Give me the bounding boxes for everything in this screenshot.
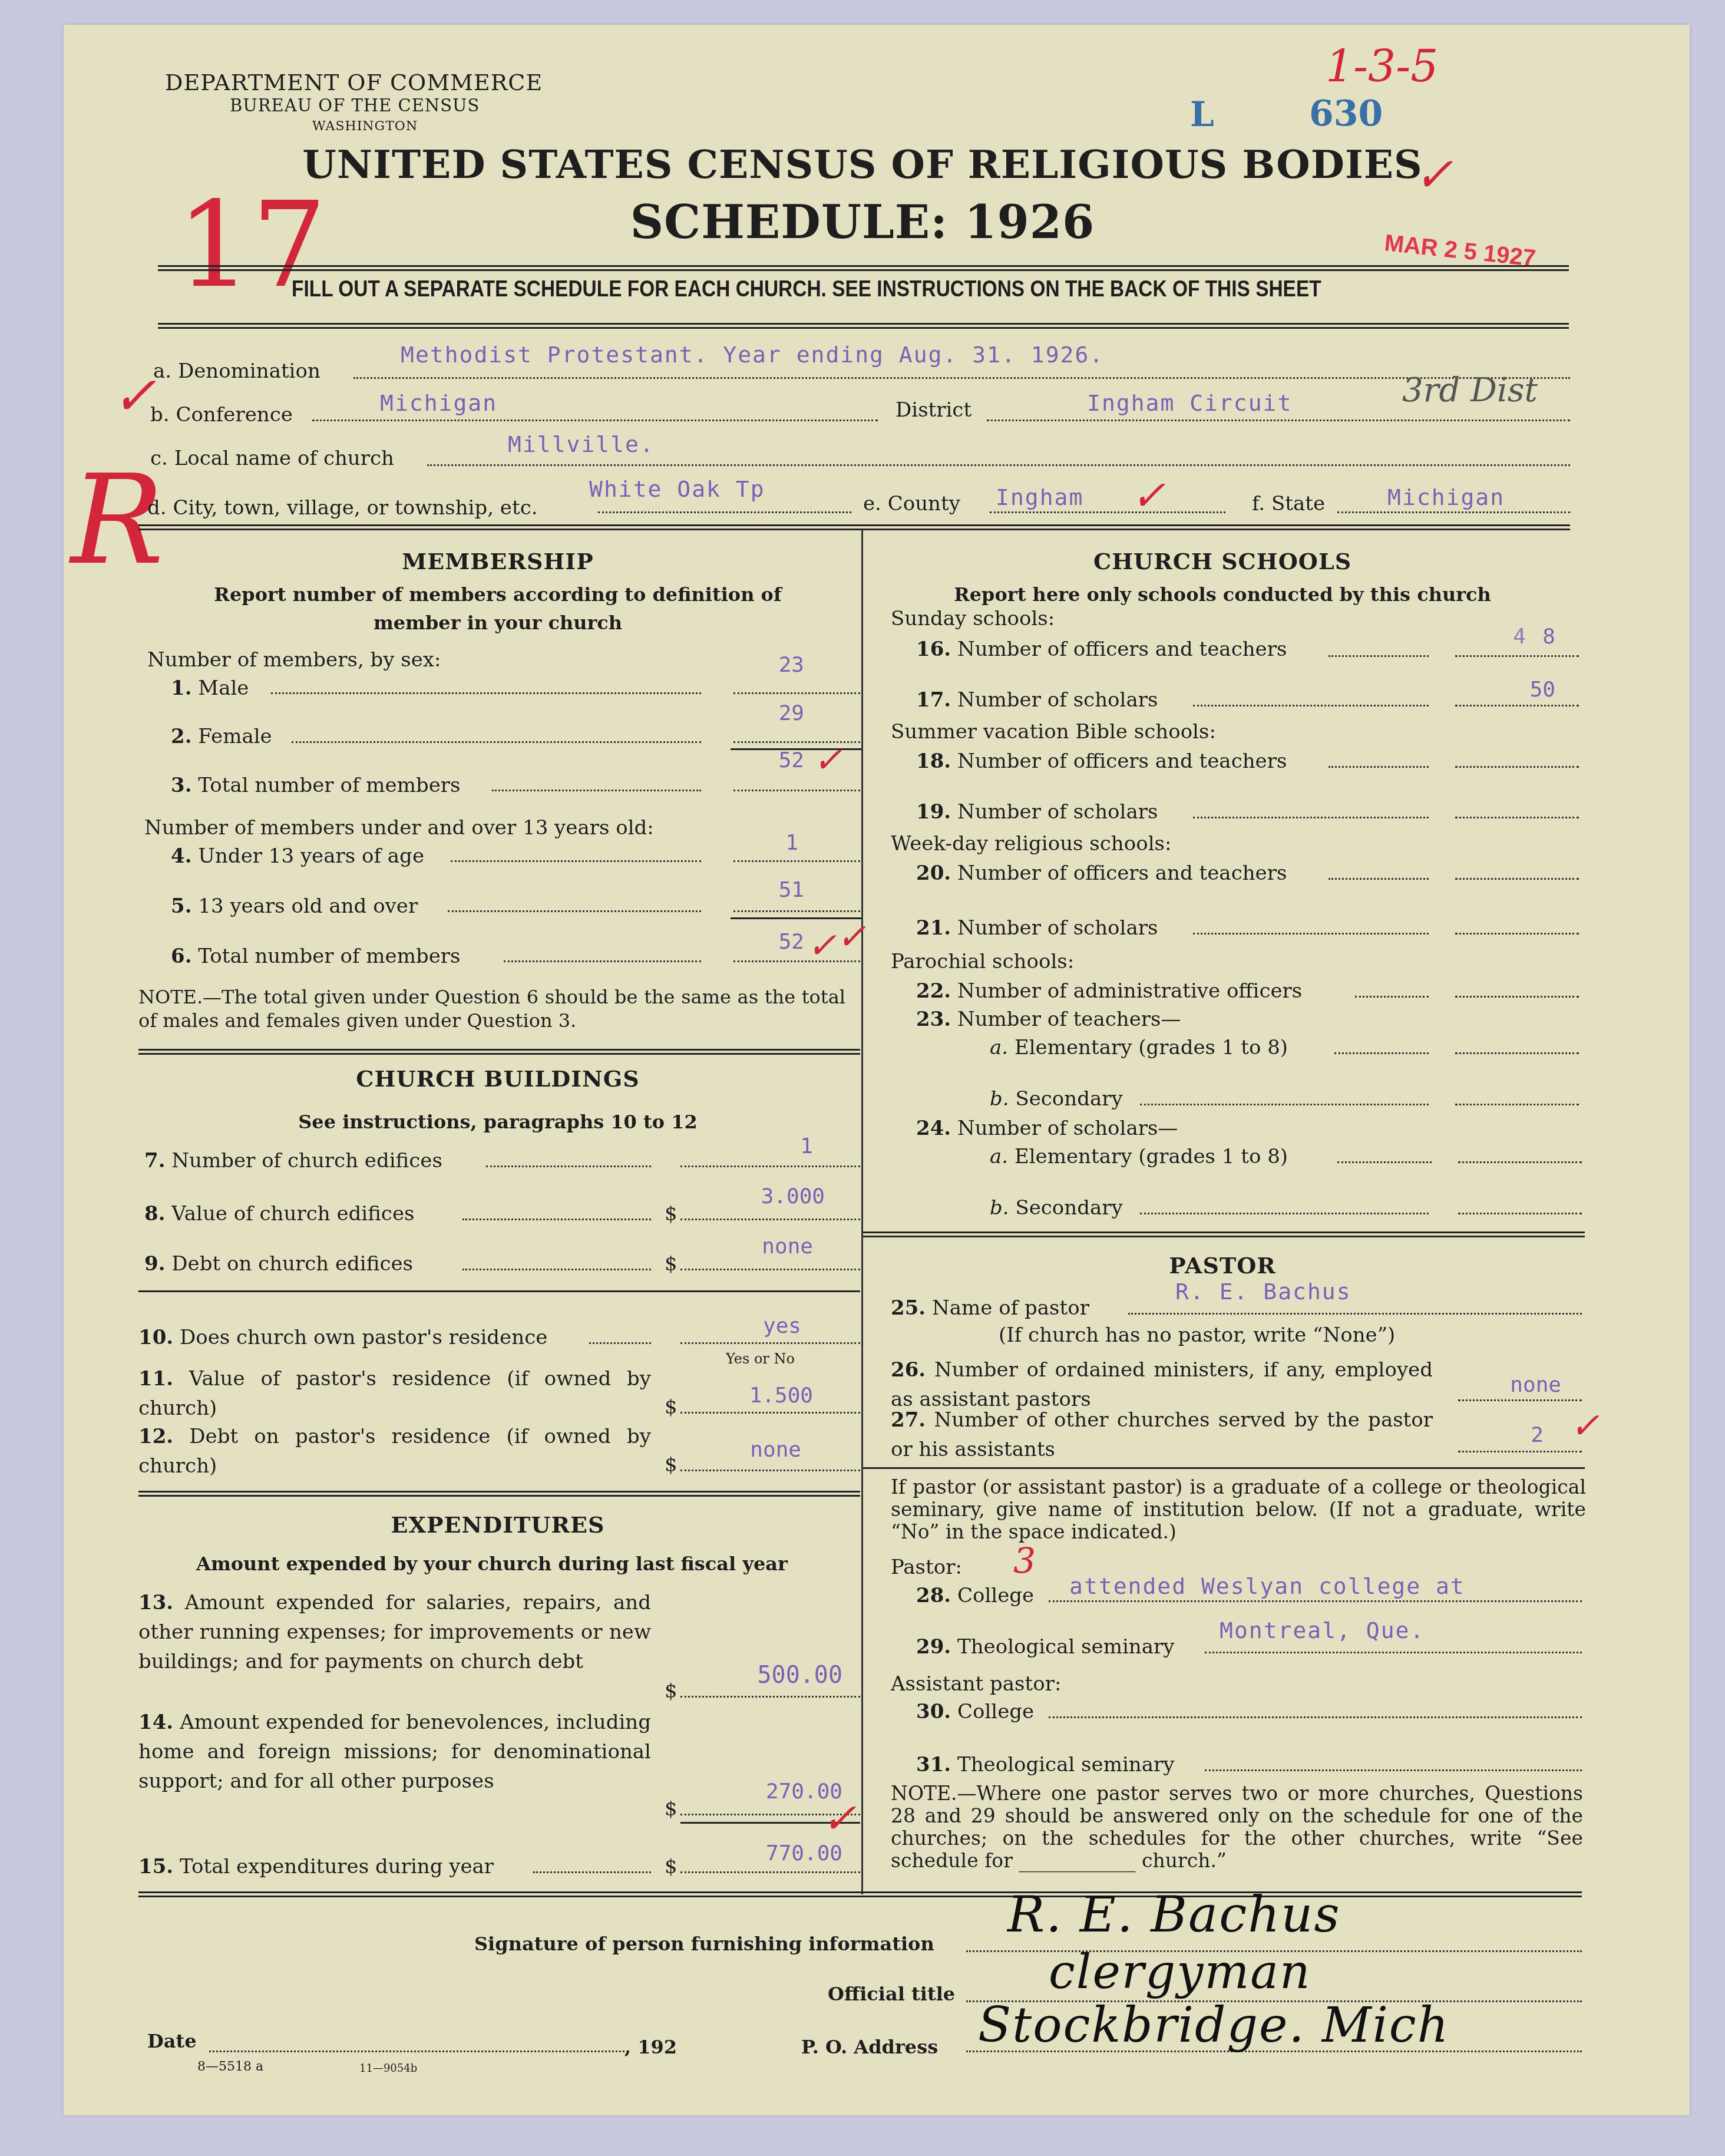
q5-number: 5. [171, 894, 192, 918]
graduate-instructions: If pastor (or assistant pastor) is a gra… [891, 1476, 1586, 1543]
q24a-line [1337, 1161, 1432, 1163]
q15-line [533, 1871, 651, 1873]
q1-label: Male [198, 676, 249, 700]
q23-label: Number of teachers— [957, 1008, 1181, 1031]
q23b-line [1140, 1104, 1429, 1105]
check-mark-icon: ✓ [1570, 1405, 1600, 1447]
q18-number: 18. [916, 750, 951, 773]
schools-rule [863, 1231, 1585, 1237]
local-name-value[interactable]: Millville. [508, 431, 655, 457]
membership-note: NOTE.—The total given under Question 6 s… [138, 985, 845, 1032]
q9-line [462, 1269, 651, 1270]
q22-number: 22. [916, 979, 951, 1003]
church-edifices-value[interactable]: 3.000 [725, 1184, 825, 1209]
q7-label: Number of church edifices [171, 1149, 442, 1173]
q16-label: Number of officers and teachers [957, 638, 1287, 661]
q27-answer-line [1458, 1451, 1582, 1452]
q17-number: 17. [916, 688, 951, 712]
q31-label: Theological seminary [957, 1753, 1174, 1777]
q9-label: Debt on church edifices [171, 1252, 413, 1276]
q24a-letter: a. [990, 1145, 1008, 1168]
local-name-line [427, 464, 1570, 466]
running-expenses-value[interactable]: 500.00 [713, 1662, 842, 1689]
denomination-label: a. Denomination [153, 359, 320, 383]
file-prefix-stamp: L [1190, 94, 1214, 134]
header-rule-top [158, 265, 1569, 271]
dollar-sign: $ [665, 1395, 678, 1419]
check-mark-icon: ✓ [837, 916, 866, 958]
q22-label: Number of administrative officers [957, 979, 1302, 1003]
q29-line [1205, 1652, 1582, 1653]
q6-line [504, 960, 701, 962]
district-value[interactable]: Ingham Circuit [1087, 390, 1292, 416]
q9-number: 9. [144, 1252, 166, 1276]
conference-value[interactable]: Michigan [380, 390, 497, 416]
q3-answer-line [733, 790, 860, 791]
church-schools-subheading: Report here only schools conducted by th… [869, 580, 1576, 609]
check-mark-icon: ✓ [1131, 471, 1166, 520]
q23a-line [1334, 1052, 1429, 1054]
official-title-value[interactable]: clergyman [1049, 1944, 1311, 1999]
q10-answer-line [680, 1342, 860, 1344]
male-members-value[interactable]: 23 [733, 653, 804, 677]
q12-number: 12. [138, 1425, 173, 1448]
q21-label: Number of scholars [957, 916, 1158, 940]
female-members-value[interactable]: 29 [733, 701, 804, 725]
identification-rule [138, 524, 1570, 530]
check-mark-icon: ✓ [1414, 147, 1453, 202]
q26-number: 26. [891, 1358, 926, 1382]
dollar-sign: $ [665, 1252, 678, 1276]
other-churches-value[interactable]: 2 [1508, 1423, 1544, 1447]
q24-label: Number of scholars— [957, 1117, 1178, 1140]
q1-line [271, 692, 701, 694]
q19-number: 19. [916, 800, 951, 824]
county-label: e. County [863, 492, 960, 516]
q28-line [1049, 1600, 1582, 1602]
q3-line [492, 790, 701, 791]
q23b-letter: b. [990, 1087, 1009, 1111]
pastor-label: Pastor: [891, 1556, 962, 1579]
q17-label: Number of scholars [957, 688, 1158, 712]
buildings-rule [138, 1290, 860, 1292]
q5-line [448, 910, 701, 912]
q20-line [1329, 878, 1429, 880]
q29-number: 29. [916, 1635, 951, 1659]
q3-number: 3. [171, 774, 192, 797]
dollar-sign: $ [665, 1797, 678, 1821]
district-label: District [895, 398, 971, 422]
state-label: f. State [1252, 492, 1325, 516]
membership-heading: MEMBERSHIP [136, 548, 860, 575]
q15-label: Total expenditures during year [180, 1855, 494, 1878]
13-and-over-value[interactable]: 51 [733, 878, 804, 902]
conference-line [312, 420, 878, 421]
state-value[interactable]: Michigan [1387, 484, 1505, 510]
po-address-label: P. O. Address [801, 2036, 938, 2058]
city-label: d. City, town, village, or township, etc… [147, 496, 538, 520]
q20-number: 20. [916, 861, 951, 885]
q17-answer-line [1455, 705, 1579, 706]
yes-or-no-hint: Yes or No [726, 1351, 795, 1367]
date-field[interactable] [209, 2051, 624, 2052]
conference-label: b. Conference [150, 403, 293, 427]
q4-answer-line [733, 860, 860, 862]
q1-answer-line [733, 692, 860, 694]
dollar-sign: $ [665, 1679, 678, 1703]
department-heading: DEPARTMENT OF COMMERCE [165, 70, 543, 95]
q31-number: 31. [916, 1753, 951, 1777]
q23b-label: Secondary [1015, 1087, 1122, 1111]
scholars-elementary-field[interactable] [1458, 1161, 1582, 1163]
q5-label: 13 years old and over [198, 894, 418, 918]
q8-answer-line [680, 1219, 860, 1220]
assistant-ministers-value[interactable]: none [1473, 1373, 1561, 1397]
membership-subheading: Report number of members according to de… [194, 580, 801, 637]
q13-answer-line [680, 1696, 860, 1698]
q26-label: Number of ordained ministers, if any, em… [891, 1358, 1433, 1411]
q27-number: 27. [891, 1408, 926, 1432]
teachers-secondary-field[interactable] [1455, 1104, 1579, 1105]
dollar-sign: $ [665, 1202, 678, 1226]
members-by-age-label: Number of members under and over 13 year… [144, 816, 654, 840]
q26-answer-line [1458, 1399, 1582, 1401]
form-code-2: 11—9054b [359, 2062, 417, 2075]
pastor-college-value[interactable]: attended Weslyan college at [1069, 1573, 1465, 1599]
church-debt-value[interactable]: none [725, 1234, 813, 1259]
q4-line [451, 860, 701, 862]
state-line [1337, 511, 1570, 513]
q1-number: 1. [171, 676, 192, 700]
q23a-label: Elementary (grades 1 to 8) [1014, 1036, 1288, 1059]
residence-debt-value[interactable]: none [713, 1438, 801, 1462]
q6-number: 6. [171, 945, 192, 968]
q14-number: 14. [138, 1711, 173, 1734]
overstruck-digit: 4 [1508, 625, 1526, 649]
q19-line [1193, 817, 1429, 818]
dollar-sign: $ [665, 1855, 678, 1878]
q17-line [1193, 705, 1429, 706]
q3-label: Total number of members [198, 774, 460, 797]
column-divider [861, 530, 863, 1894]
check-mark-icon: ✓ [807, 925, 837, 966]
q15-answer-line [680, 1871, 860, 1873]
q24b-line [1140, 1213, 1429, 1214]
q7-number: 7. [144, 1149, 166, 1173]
q24a-label: Elementary (grades 1 to 8) [1014, 1145, 1288, 1168]
members-by-sex-label: Number of members, by sex: [147, 648, 441, 672]
q10-label: Does church own pastor's residence [180, 1326, 547, 1349]
check-mark-icon: ✓ [822, 1794, 857, 1843]
red-mark-3: 3 [1013, 1541, 1036, 1582]
dollar-sign: $ [665, 1453, 678, 1477]
summer-officers-field[interactable] [1455, 766, 1579, 768]
q10-line [589, 1342, 651, 1344]
weekday-officers-field[interactable] [1455, 878, 1579, 880]
q11-number: 11. [138, 1367, 173, 1391]
church-schools-heading: CHURCH SCHOOLS [869, 548, 1576, 575]
q11-answer-line [680, 1412, 860, 1414]
q24b-letter: b. [990, 1196, 1009, 1220]
sunday-officers-value[interactable]: 8 [1532, 625, 1555, 649]
q15-number: 15. [138, 1855, 173, 1878]
q24-number: 24. [916, 1117, 951, 1140]
official-title-label: Official title [828, 1983, 955, 2005]
expenditures-heading: EXPENDITURES [136, 1511, 860, 1538]
parochial-schools-label: Parochial schools: [891, 950, 1074, 973]
city-line [598, 511, 851, 513]
q7-line [486, 1166, 651, 1167]
q12-answer-line [680, 1470, 860, 1471]
assistant-seminary-field[interactable] [1205, 1769, 1582, 1771]
q16-line [1329, 655, 1429, 657]
q25-label: Name of pastor [932, 1296, 1089, 1320]
residence-value[interactable]: 1.500 [713, 1384, 813, 1408]
q9-answer-line [680, 1269, 860, 1270]
owns-residence-value[interactable]: yes [725, 1314, 801, 1338]
q2-line [292, 741, 701, 743]
form-code-1: 8—5518 a [197, 2059, 263, 2074]
county-line [990, 511, 1225, 513]
church-buildings-subheading: See instructions, paragraphs 10 to 12 [194, 1108, 801, 1136]
local-name-label: c. Local name of church [150, 447, 394, 470]
no-pastor-hint: (If church has no pastor, write “None”) [999, 1323, 1395, 1347]
signature-label: Signature of person furnishing informati… [474, 1933, 934, 1955]
district-line [987, 420, 1570, 421]
q23-number: 23. [916, 1008, 951, 1031]
pastor-heading: PASTOR [869, 1252, 1576, 1279]
date-label: Date [147, 2030, 197, 2052]
header-rule-bottom [158, 323, 1569, 329]
total-expenditures-value[interactable]: 770.00 [713, 1841, 842, 1866]
q21-line [1193, 933, 1429, 935]
denomination-value[interactable]: Methodist Protestant. Year ending Aug. 3… [401, 342, 1104, 368]
church-edifices-count-value[interactable]: 1 [748, 1134, 813, 1158]
total-members-age-value[interactable]: 52 [733, 930, 804, 954]
q13-label: Amount expended for salaries, repairs, a… [138, 1591, 651, 1673]
q30-label: College [957, 1700, 1034, 1724]
po-address-value[interactable]: Stockbridge. Mich [978, 1997, 1450, 2053]
q23a-letter: a. [990, 1036, 1008, 1059]
total-members-sex-value[interactable]: 52 [733, 748, 804, 772]
q19-label: Number of scholars [957, 800, 1158, 824]
q7-answer-line [680, 1166, 860, 1167]
church-buildings-heading: CHURCH BUILDINGS [136, 1065, 860, 1092]
buildings-bottom-rule [138, 1491, 860, 1497]
q25-number: 25. [891, 1296, 926, 1320]
q10-number: 10. [138, 1326, 173, 1349]
check-mark-icon: ✓ [813, 739, 842, 781]
date-year-prefix: , 192 [624, 2036, 677, 2058]
q6-answer-line [733, 960, 860, 962]
q29-label: Theological seminary [957, 1635, 1174, 1659]
bureau-heading: BUREAU OF THE CENSUS [230, 95, 480, 115]
q8-number: 8. [144, 1202, 166, 1226]
q27-label: Number of other churches served by the p… [891, 1408, 1433, 1461]
q12-label: Debt on pastor's residence (if owned by … [138, 1425, 651, 1478]
q11-label: Value of pastor's residence (if owned by… [138, 1367, 651, 1420]
file-number-stamp: 630 [1309, 93, 1383, 134]
signature-value[interactable]: R. E. Bachus [1007, 1886, 1341, 1943]
expenditures-subheading: Amount expended by your church during la… [159, 1550, 825, 1578]
county-value[interactable]: Ingham [996, 484, 1083, 510]
q28-number: 28. [916, 1584, 951, 1607]
q2-number: 2. [171, 725, 192, 748]
summer-scholars-field[interactable] [1455, 817, 1579, 818]
q14-label: Amount expended for benevolences, includ… [138, 1711, 651, 1793]
q16-number: 16. [916, 638, 951, 661]
q28-label: College [957, 1584, 1034, 1607]
sunday-schools-label: Sunday schools: [891, 607, 1055, 630]
q4-label: Under 13 years of age [198, 844, 424, 868]
q30-number: 30. [916, 1700, 951, 1724]
q5-answer-line [733, 910, 860, 912]
admin-officers-field[interactable] [1455, 996, 1579, 998]
membership-rule [138, 1049, 860, 1055]
weekday-schools-label: Week-day religious schools: [891, 832, 1171, 856]
q21-number: 21. [916, 916, 951, 940]
q18-label: Number of officers and teachers [957, 750, 1287, 773]
pastor-name-line [1128, 1313, 1582, 1315]
q16-answer-line [1455, 655, 1579, 657]
instructions-banner: FILL OUT A SEPARATE SCHEDULE FOR EACH CH… [292, 277, 1321, 302]
pastor-rule [863, 1467, 1585, 1469]
pastor-name-value[interactable]: R. E. Bachus [1175, 1279, 1351, 1305]
city-value[interactable]: White Oak Tp [589, 476, 765, 502]
pastor-seminary-value[interactable]: Montreal, Que. [1220, 1617, 1425, 1643]
denomination-line [353, 377, 1570, 379]
q13-number: 13. [138, 1591, 173, 1614]
q8-label: Value of church edifices [171, 1202, 414, 1226]
location-heading: WASHINGTON [312, 119, 418, 134]
under-13-value[interactable]: 1 [733, 831, 798, 855]
assistant-college-field[interactable] [1049, 1716, 1582, 1718]
sunday-scholars-value[interactable]: 50 [1508, 678, 1555, 702]
footer-rule [138, 1891, 1582, 1897]
district-pencil-note: 3rd Dist [1402, 371, 1538, 410]
q4-number: 4. [171, 844, 192, 868]
q8-line [462, 1219, 651, 1220]
q20-label: Number of officers and teachers [957, 861, 1287, 885]
q2-label: Female [198, 725, 272, 748]
red-ledger-note: 1-3-5 [1326, 41, 1438, 92]
summer-schools-label: Summer vacation Bible schools: [891, 720, 1216, 744]
scholars-secondary-field[interactable] [1458, 1213, 1582, 1214]
teachers-elementary-field[interactable] [1455, 1052, 1579, 1054]
q18-line [1329, 766, 1429, 768]
q6-label: Total number of members [198, 945, 460, 968]
weekday-scholars-field[interactable] [1455, 933, 1579, 935]
pastor-note: NOTE.—Where one pastor serves two or mor… [891, 1782, 1583, 1872]
q24b-label: Secondary [1015, 1196, 1122, 1220]
q22-line [1355, 996, 1429, 998]
assistant-pastor-label: Assistant pastor: [891, 1672, 1061, 1696]
